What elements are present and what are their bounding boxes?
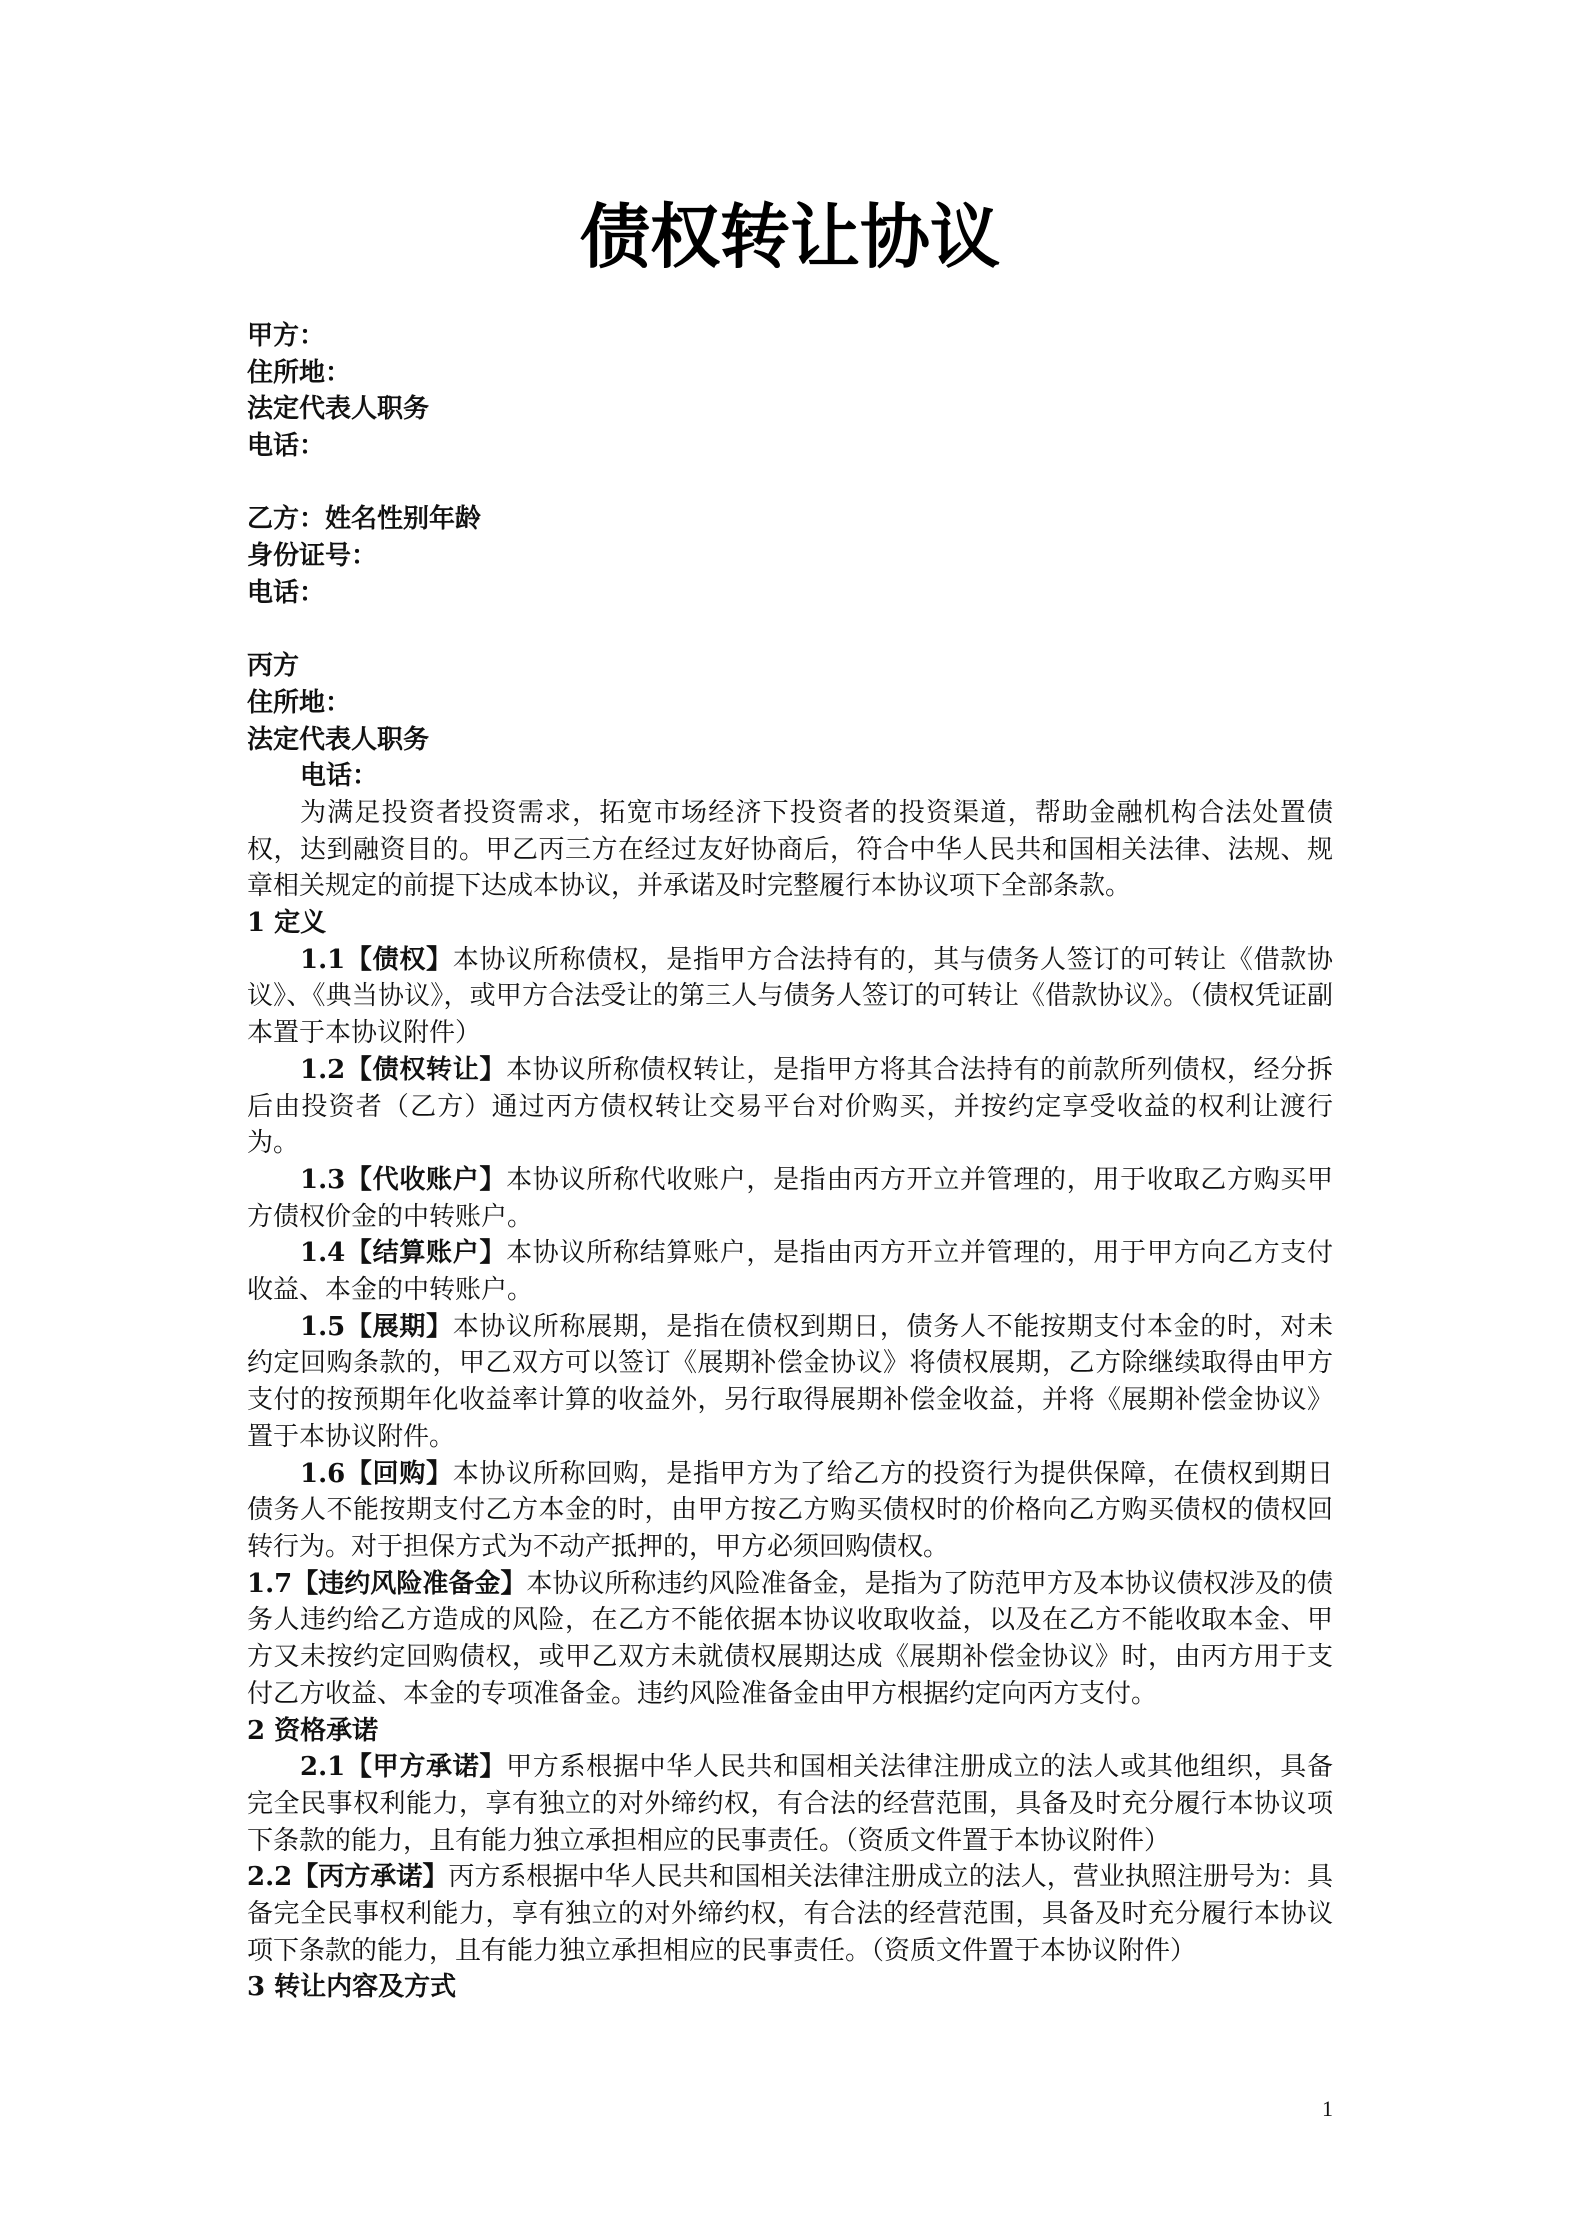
section-heading: 1 定义	[247, 905, 1333, 942]
party-a-address: 住所地：	[247, 355, 1333, 392]
clause-term: 2.2【丙方承诺】	[247, 1862, 448, 1892]
clause-term: 1.4【结算账户】	[300, 1238, 506, 1268]
clause-term: 1.1【债权】	[300, 945, 453, 975]
clause-2-1: 2.1【甲方承诺】甲方系根据中华人民共和国相关法律注册成立的法人或其他组织，具备…	[247, 1749, 1333, 1859]
clause-1-5: 1.5【展期】本协议所称展期，是指在债权到期日，债务人不能按期支付本金的时，对未…	[247, 1309, 1333, 1456]
party-b-block: 乙方：姓名性别年龄 身份证号： 电话：	[247, 501, 1333, 611]
spacer	[247, 465, 1333, 502]
section-qualification-commitments: 2 资格承诺 2.1【甲方承诺】甲方系根据中华人民共和国相关法律注册成立的法人或…	[247, 1713, 1333, 1970]
party-b-label: 乙方：姓名性别年龄	[247, 501, 1333, 538]
document-body: 甲方： 住所地： 法定代表人职务 电话： 乙方：姓名性别年龄 身份证号： 电话：…	[247, 318, 1333, 2006]
party-c-block: 丙方 住所地： 法定代表人职务 电话：	[247, 648, 1333, 795]
section-heading: 3 转让内容及方式	[247, 1969, 1333, 2006]
clause-term: 1.5【展期】	[300, 1312, 453, 1342]
clause-term: 1.6【回购】	[300, 1459, 453, 1489]
clause-1-2: 1.2【债权转让】本协议所称债权转让，是指甲方将其合法持有的前款所列债权，经分拆…	[247, 1052, 1333, 1162]
party-b-phone: 电话：	[247, 575, 1333, 612]
section-heading: 2 资格承诺	[247, 1713, 1333, 1750]
preamble-paragraph: 为满足投资者投资需求，拓宽市场经济下投资者的投资渠道，帮助金融机构合法处置债权，…	[247, 795, 1333, 905]
party-c-label: 丙方	[247, 648, 1333, 685]
spacer	[247, 612, 1333, 649]
party-a-legal-rep: 法定代表人职务	[247, 391, 1333, 428]
clause-term: 1.3【代收账户】	[300, 1165, 506, 1195]
clause-1-6: 1.6【回购】本协议所称回购，是指甲方为了给乙方的投资行为提供保障，在债权到期日…	[247, 1456, 1333, 1566]
party-a-label: 甲方：	[247, 318, 1333, 355]
section-definitions: 1 定义 1.1【债权】本协议所称债权，是指甲方合法持有的，其与债务人签订的可转…	[247, 905, 1333, 1712]
clause-1-3: 1.3【代收账户】本协议所称代收账户，是指由丙方开立并管理的，用于收取乙方购买甲…	[247, 1162, 1333, 1235]
clause-term: 2.1【甲方承诺】	[300, 1752, 506, 1782]
party-a-block: 甲方： 住所地： 法定代表人职务 电话：	[247, 318, 1333, 465]
section-transfer-content: 3 转让内容及方式	[247, 1969, 1333, 2006]
party-c-address: 住所地：	[247, 685, 1333, 722]
party-c-legal-rep: 法定代表人职务	[247, 722, 1333, 759]
clause-2-2: 2.2【丙方承诺】丙方系根据中华人民共和国相关法律注册成立的法人，营业执照注册号…	[247, 1859, 1333, 1969]
party-b-id-number: 身份证号：	[247, 538, 1333, 575]
page-number: 1	[1322, 2094, 1333, 2124]
clause-term: 1.7【违约风险准备金】	[247, 1569, 526, 1599]
party-a-phone: 电话：	[247, 428, 1333, 465]
party-c-phone: 电话：	[247, 758, 1333, 795]
clause-1-4: 1.4【结算账户】本协议所称结算账户，是指由丙方开立并管理的，用于甲方向乙方支付…	[247, 1235, 1333, 1308]
document-page: 债权转让协议 甲方： 住所地： 法定代表人职务 电话： 乙方：姓名性别年龄 身份…	[0, 0, 1580, 2236]
clause-1-1: 1.1【债权】本协议所称债权，是指甲方合法持有的，其与债务人签订的可转让《借款协…	[247, 942, 1333, 1052]
clause-1-7: 1.7【违约风险准备金】本协议所称违约风险准备金，是指为了防范甲方及本协议债权涉…	[247, 1566, 1333, 1713]
clause-term: 1.2【债权转让】	[300, 1055, 506, 1085]
document-title: 债权转让协议	[0, 192, 1580, 282]
